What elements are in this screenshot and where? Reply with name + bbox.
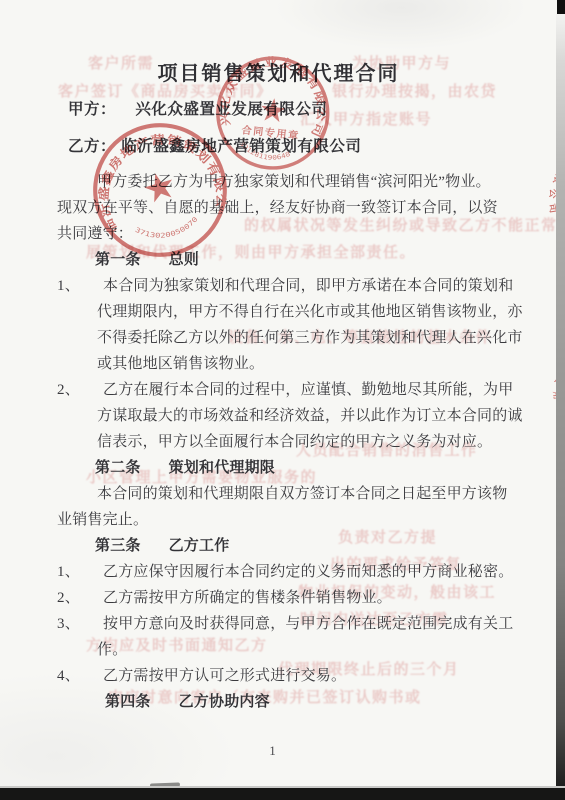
list-text: 按甲方意向及时获得同意，与甲方合作在既定范围完成有关工	[103, 616, 513, 632]
seal-b-serial: 3713020050070	[132, 209, 202, 248]
contract-line: 第二条策划和代理期限	[57, 455, 550, 481]
section-number: 第四条	[105, 694, 151, 710]
contract-line: 2、乙方在履行本合同的过程中，应谨慎、勤勉地尽其所能，为甲	[57, 377, 558, 403]
seal-a-star-icon	[260, 97, 287, 123]
list-number: 4、	[57, 663, 80, 689]
list-text: 乙方需按甲方所确定的售楼条件销售物业。	[103, 590, 392, 606]
contract-page: 客户所需为协助甲方与客户签订《商品房买卖合同》银行办理按揭，由农贷汇入甲方指定账…	[0, 0, 557, 788]
list-text: 乙方应保守因履行本合同约定的义务而知悉的甲方商业秘密。	[103, 564, 513, 580]
section-title: 乙方工作	[169, 538, 230, 554]
list-number: 1、	[57, 273, 80, 299]
bleedthrough-line: 银行办理按揭，由农贷	[332, 84, 497, 100]
list-number: 2、	[57, 377, 80, 403]
contract-line: 作。	[57, 637, 552, 663]
scanned-contract-screenshot: 客户所需为协助甲方与客户签订《商品房买卖合同》银行办理按揭，由农贷汇入甲方指定账…	[0, 0, 565, 800]
scan-edge-right	[556, 14, 565, 800]
list-number: 3、	[57, 611, 80, 637]
seal-a-type-label: 合同专用章	[241, 123, 300, 142]
company-seal-party-a: 兴化众盛置业发展有限公司 合同专用章 321281190648	[206, 44, 340, 178]
contract-line: 代理期限内，甲方不得自行在兴化市或其他地区销售该物业，亦	[57, 299, 552, 325]
party-a-label: 甲方：	[68, 97, 116, 119]
seal-b-star-icon	[141, 169, 177, 204]
section-number: 第二条	[95, 460, 141, 476]
contract-line: 或其他地区销售该物业。	[57, 351, 552, 377]
section-number: 第三条	[95, 538, 141, 554]
contract-line: 第三条乙方工作	[57, 533, 550, 559]
list-number: 1、	[57, 559, 80, 585]
list-number: 2、	[57, 585, 80, 611]
contract-line: 2、乙方需按甲方所确定的售楼条件销售物业。	[57, 585, 558, 611]
list-text: 乙方需按甲方认可之形式进行交易。	[103, 668, 346, 684]
section-title: 策划和代理期限	[169, 460, 275, 476]
contract-line: 不得委托除乙方以外的任何第三方作为其策划和代理人在兴化市	[57, 325, 552, 351]
contract-line: 方谋取最大的市场效益和经济效益，并以此作为订立本合同的诚	[57, 403, 552, 429]
contract-line: 3、按甲方意向及时获得同意，与甲方合作在既定范围完成有关工	[57, 611, 558, 637]
contract-line: 1、乙方应保守因履行本合同约定的义务而知悉的甲方商业秘密。	[57, 559, 558, 585]
contract-line: 4、乙方需按甲方认可之形式进行交易。	[57, 663, 558, 689]
scan-edge-bottom	[0, 786, 565, 800]
contract-line: 本合同的策划和代理期限自双方签订本合同之日起至甲方该物	[57, 481, 552, 507]
contract-line: 业销售完止。	[57, 507, 512, 533]
section-title: 乙方协助内容	[179, 694, 270, 710]
contract-line: 信表示，甲方以全面履行本合同约定的甲方之义务为对应。	[57, 429, 552, 455]
svg-text:兴化众盛置业发展有限公司: 兴化众盛置业发展有限公司	[215, 49, 334, 141]
seal-a-company-text: 兴化众盛置业发展有限公司	[215, 49, 334, 141]
list-text: 本合同为独家策划和代理合同，即甲方承诺在本合同的策划和	[103, 278, 513, 294]
page-number: 1	[0, 743, 545, 759]
contract-line: 第四条乙方协助内容	[57, 689, 560, 715]
list-text: 乙方在履行本合同的过程中，应谨慎、勤勉地尽其所能，为甲	[103, 382, 513, 398]
svg-text:3713020050070: 3713020050070	[132, 209, 202, 248]
contract-line: 1、本合同为独家策划和代理合同，即甲方承诺在本合同的策划和	[57, 273, 558, 299]
